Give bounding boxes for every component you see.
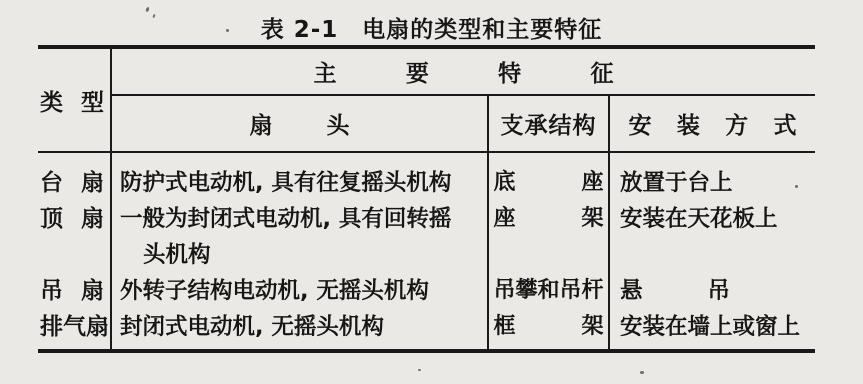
body-type-column: 台扇 顶扇 吊扇 排气扇 — [38, 153, 112, 349]
header-fan-head-cell: 扇头 — [112, 96, 487, 153]
header-main-feature-label: 主要特征 — [314, 55, 614, 88]
fan-types-table: 类型 主要特征 扇头 支承结构 安装方式 台扇 顶扇 吊扇 排气扇 防护式电动机… — [38, 45, 815, 353]
body-support-column: 底座 座架 吊攀和吊杆 框架 — [487, 153, 610, 349]
header-support-structure-label: 支承结构 — [501, 107, 597, 140]
blank-line — [40, 237, 110, 273]
scan-speck — [418, 369, 421, 371]
support-cell: 底座 — [489, 165, 608, 201]
mounting-cell: 安装在天花板上 — [620, 201, 815, 237]
fan-head-cell: 防护式电动机, 具有往复摇头机构 — [120, 165, 487, 201]
support-cell: 框架 — [489, 309, 608, 345]
header-type-cell: 类型 — [38, 49, 112, 153]
mounting-cell: 安装在墙上或窗上 — [620, 309, 815, 345]
mounting-cell: 放置于台上 — [620, 165, 815, 201]
header-main-feature-cell: 主要特征 — [112, 49, 815, 96]
fan-head-cell: 一般为封闭式电动机, 具有回转摇 — [120, 201, 487, 237]
type-cell-exhaust-fan: 排气扇 — [40, 309, 110, 345]
header-support-structure-cell: 支承结构 — [487, 96, 610, 153]
type-cell-desk-fan: 台扇 — [40, 165, 110, 201]
blank-line — [620, 237, 815, 273]
fan-head-cell: 外转子结构电动机, 无摇头机构 — [120, 273, 487, 309]
blank-line — [489, 237, 608, 273]
mounting-cell: 悬吊 — [620, 273, 815, 309]
support-cell: 吊攀和吊杆 — [489, 273, 608, 309]
type-cell-ceiling-panel-fan: 顶扇 — [40, 201, 110, 237]
scan-speck — [640, 371, 644, 374]
header-fan-head-label: 扇头 — [250, 107, 350, 140]
fan-head-cell-continuation: 头机构 — [120, 237, 487, 273]
type-cell-hanging-fan: 吊扇 — [40, 273, 110, 309]
header-mounting-cell: 安装方式 — [610, 96, 815, 153]
header-mounting-label: 安装方式 — [629, 107, 797, 140]
support-cell: 座架 — [489, 201, 608, 237]
body-fan-head-column: 防护式电动机, 具有往复摇头机构 一般为封闭式电动机, 具有回转摇 头机构 外转… — [112, 153, 487, 349]
table-title: 表 2-1 电扇的类型和主要特征 — [0, 11, 863, 44]
scanned-document-page: 表 2-1 电扇的类型和主要特征 类型 主要特征 扇头 支承结构 安装方式 台扇… — [0, 0, 863, 384]
scan-speck — [795, 185, 798, 188]
scan-speck — [226, 29, 229, 32]
header-type-label: 类型 — [40, 84, 104, 117]
fan-head-cell: 封闭式电动机, 无摇头机构 — [120, 309, 487, 345]
body-mounting-column: 放置于台上 安装在天花板上 悬吊 安装在墙上或窗上 — [610, 153, 815, 349]
